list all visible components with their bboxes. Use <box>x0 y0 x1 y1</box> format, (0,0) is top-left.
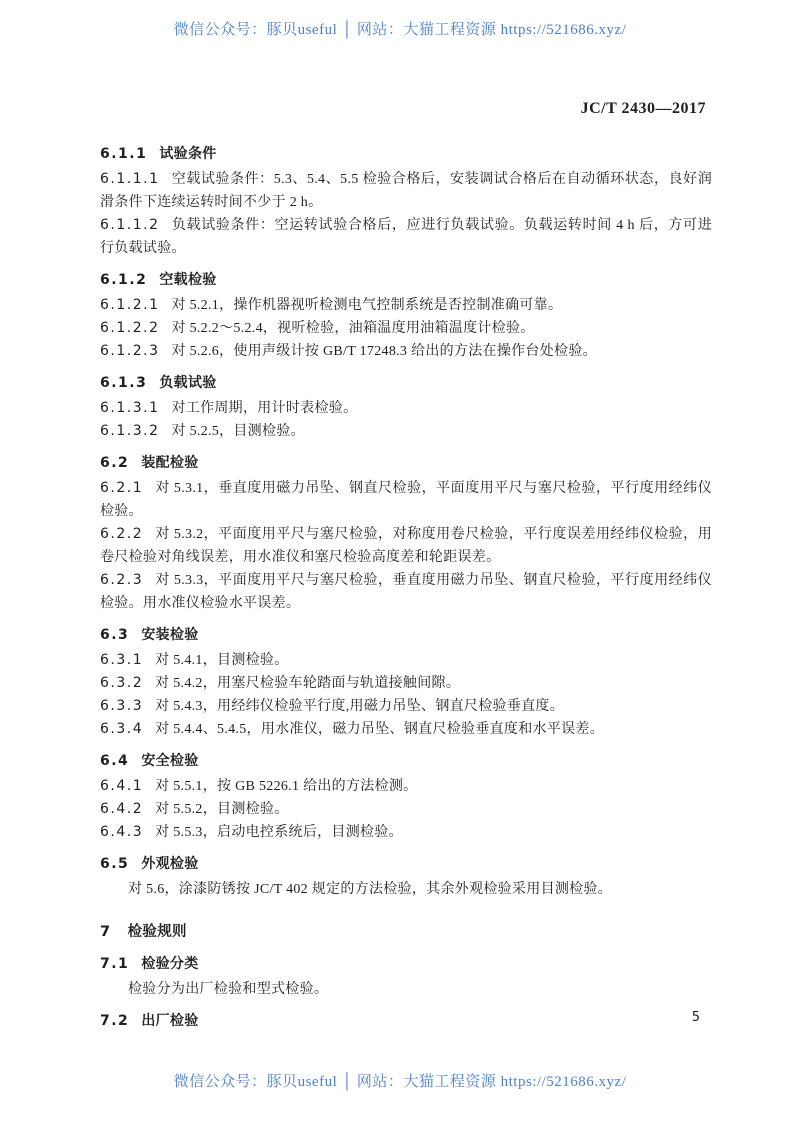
clause-6-2-2: 6.2.2对 5.3.2，平面度用平尺与塞尺检验，对称度用卷尺检验，平行度误差用… <box>100 523 712 569</box>
clause-text: 对 5.4.3，用经纬仪检验平行度,用磁力吊坠、钢直尺检验垂直度。 <box>155 699 564 714</box>
section-title: 安装检验 <box>141 626 198 642</box>
clause-number: 6.4.2 <box>100 801 143 817</box>
clause-number: 6.1.2.2 <box>100 320 159 336</box>
clause-6-4-3: 6.4.3对 5.5.3，启动电控系统后，目测检验。 <box>100 821 712 844</box>
clause-number: 6.3.3 <box>100 698 143 714</box>
section-title: 负载试验 <box>159 374 216 390</box>
section-number: 7.2 <box>100 1013 129 1029</box>
clause-6-1-2-2: 6.1.2.2对 5.2.2～5.2.4，视听检验，油箱温度用油箱温度计检验。 <box>100 317 712 340</box>
section-heading-6-1-1: 6.1.1试验条件 <box>100 142 712 166</box>
clause-text: 对 5.2.5，目测检验。 <box>171 424 304 439</box>
chapter-heading-7: 7检验规则 <box>100 921 712 944</box>
clause-6-1-2-3: 6.1.2.3对 5.2.6，使用声级计按 GB/T 17248.3 给出的方法… <box>100 340 712 363</box>
clause-number: 6.2.3 <box>100 572 143 588</box>
clause-number: 6.1.3.1 <box>100 400 159 416</box>
clause-text: 对 5.5.2，目测检验。 <box>155 802 288 817</box>
clause-6-1-1-2: 6.1.1.2负载试验条件：空运转试验合格后，应进行负载试验。负载运转时间 4 … <box>100 214 712 260</box>
section-title: 出厂检验 <box>141 1012 198 1028</box>
clause-6-1-3-1: 6.1.3.1对工作周期，用计时表检验。 <box>100 397 712 420</box>
clause-number: 6.2.1 <box>100 480 143 496</box>
clause-6-1-2-1: 6.1.2.1对 5.2.1，操作机器视听检测电气控制系统是否控制准确可靠。 <box>100 294 712 317</box>
clause-6-3-2: 6.3.2对 5.4.2，用塞尺检验车轮踏面与轨道接触间隙。 <box>100 672 712 695</box>
clause-text: 对 5.5.1，按 GB 5226.1 给出的方法检测。 <box>155 779 417 794</box>
section-heading-7-2: 7.2出厂检验 <box>100 1009 712 1033</box>
paragraph-7-1: 检验分为出厂检验和型式检验。 <box>100 978 712 1001</box>
clause-text: 对 5.2.2～5.2.4，视听检验，油箱温度用油箱温度计检验。 <box>171 321 534 336</box>
clause-6-2-1: 6.2.1对 5.3.1，垂直度用磁力吊坠、钢直尺检验，平面度用平尺与塞尺检验，… <box>100 477 712 523</box>
clause-number: 6.3.4 <box>100 721 143 737</box>
section-heading-7-1: 7.1检验分类 <box>100 952 712 976</box>
document-page: 微信公众号：豚贝useful │ 网站：大猫工程资源 https://52168… <box>0 0 800 1123</box>
clause-number: 6.3.2 <box>100 675 143 691</box>
section-number: 6.3 <box>100 627 129 643</box>
clause-number: 6.4.3 <box>100 824 143 840</box>
clause-number: 6.2.2 <box>100 526 143 542</box>
clause-number: 6.1.1.2 <box>100 217 159 233</box>
section-number: 7.1 <box>100 956 129 972</box>
chapter-title: 检验规则 <box>128 924 187 940</box>
clause-text: 对 5.3.1，垂直度用磁力吊坠、钢直尺检验，平面度用平尺与塞尺检验，平行度用经… <box>100 481 712 519</box>
section-title: 装配检验 <box>141 454 198 470</box>
footer-banner: 微信公众号：豚贝useful │ 网站：大猫工程资源 https://52168… <box>0 1070 800 1091</box>
clause-text: 对 5.3.3，平面度用平尺与塞尺检验，垂直度用磁力吊坠、钢直尺检验，平行度用经… <box>100 573 712 611</box>
clause-text: 对 5.2.1，操作机器视听检测电气控制系统是否控制准确可靠。 <box>171 298 562 313</box>
paragraph-6-5: 对 5.6，涂漆防锈按 JC/T 402 规定的方法检验，其余外观检验采用目测检… <box>100 878 712 901</box>
standard-number: JC/T 2430—2017 <box>581 100 706 118</box>
section-heading-6-5: 6.5外观检验 <box>100 852 712 876</box>
section-number: 6.5 <box>100 856 129 872</box>
section-title: 外观检验 <box>141 855 198 871</box>
clause-6-2-3: 6.2.3对 5.3.3，平面度用平尺与塞尺检验，垂直度用磁力吊坠、钢直尺检验，… <box>100 569 712 615</box>
section-heading-6-1-2: 6.1.2空载检验 <box>100 268 712 292</box>
section-number: 6.1.3 <box>100 375 147 391</box>
chapter-number: 7 <box>100 924 112 940</box>
clause-6-3-4: 6.3.4对 5.4.4、5.4.5，用水准仪，磁力吊坠、钢直尺检验垂直度和水平… <box>100 718 712 741</box>
clause-text: 对 5.4.4、5.4.5，用水准仪，磁力吊坠、钢直尺检验垂直度和水平误差。 <box>155 722 604 737</box>
clause-text: 对 5.3.2，平面度用平尺与塞尺检验，对称度用卷尺检验，平行度误差用经纬仪检验… <box>100 527 712 565</box>
clause-6-4-2: 6.4.2对 5.5.2，目测检验。 <box>100 798 712 821</box>
section-title: 试验条件 <box>159 145 216 161</box>
clause-6-3-3: 6.3.3对 5.4.3，用经纬仪检验平行度,用磁力吊坠、钢直尺检验垂直度。 <box>100 695 712 718</box>
clause-text: 负载试验条件：空运转试验合格后，应进行负载试验。负载运转时间 4 h 后，方可进… <box>100 218 712 256</box>
clause-number: 6.3.1 <box>100 652 143 668</box>
clause-number: 6.1.3.2 <box>100 423 159 439</box>
clause-text: 对 5.4.2，用塞尺检验车轮踏面与轨道接触间隙。 <box>155 676 460 691</box>
clause-6-1-3-2: 6.1.3.2对 5.2.5，目测检验。 <box>100 420 712 443</box>
section-number: 6.2 <box>100 455 129 471</box>
clause-6-3-1: 6.3.1对 5.4.1，目测检验。 <box>100 649 712 672</box>
clause-6-4-1: 6.4.1对 5.5.1，按 GB 5226.1 给出的方法检测。 <box>100 775 712 798</box>
clause-text: 空载试验条件：5.3、5.4、5.5 检验合格后，安装调试合格后在自动循环状态，… <box>100 172 712 210</box>
clause-number: 6.1.2.3 <box>100 343 159 359</box>
clause-6-1-1-1: 6.1.1.1空载试验条件：5.3、5.4、5.5 检验合格后，安装调试合格后在… <box>100 168 712 214</box>
clause-number: 6.1.2.1 <box>100 297 159 313</box>
section-number: 6.1.2 <box>100 272 147 288</box>
section-heading-6-4: 6.4安全检验 <box>100 749 712 773</box>
clause-number: 6.1.1.1 <box>100 171 159 187</box>
section-title: 检验分类 <box>141 955 198 971</box>
clause-number: 6.4.1 <box>100 778 143 794</box>
clause-text: 对 5.4.1，目测检验。 <box>155 653 288 668</box>
clause-text: 对 5.5.3，启动电控系统后，目测检验。 <box>155 825 403 840</box>
clause-text: 对工作周期，用计时表检验。 <box>171 401 357 416</box>
header-banner: 微信公众号：豚贝useful │ 网站：大猫工程资源 https://52168… <box>0 18 800 39</box>
section-title: 安全检验 <box>141 752 198 768</box>
section-heading-6-1-3: 6.1.3负载试验 <box>100 371 712 395</box>
section-number: 6.1.1 <box>100 146 147 162</box>
section-title: 空载检验 <box>159 271 216 287</box>
section-heading-6-2: 6.2装配检验 <box>100 451 712 475</box>
document-body: 6.1.1试验条件 6.1.1.1空载试验条件：5.3、5.4、5.5 检验合格… <box>100 142 712 1035</box>
section-heading-6-3: 6.3安装检验 <box>100 623 712 647</box>
page-number: 5 <box>692 1010 700 1025</box>
section-number: 6.4 <box>100 753 129 769</box>
clause-text: 对 5.2.6，使用声级计按 GB/T 17248.3 给出的方法在操作台处检验… <box>171 344 596 359</box>
